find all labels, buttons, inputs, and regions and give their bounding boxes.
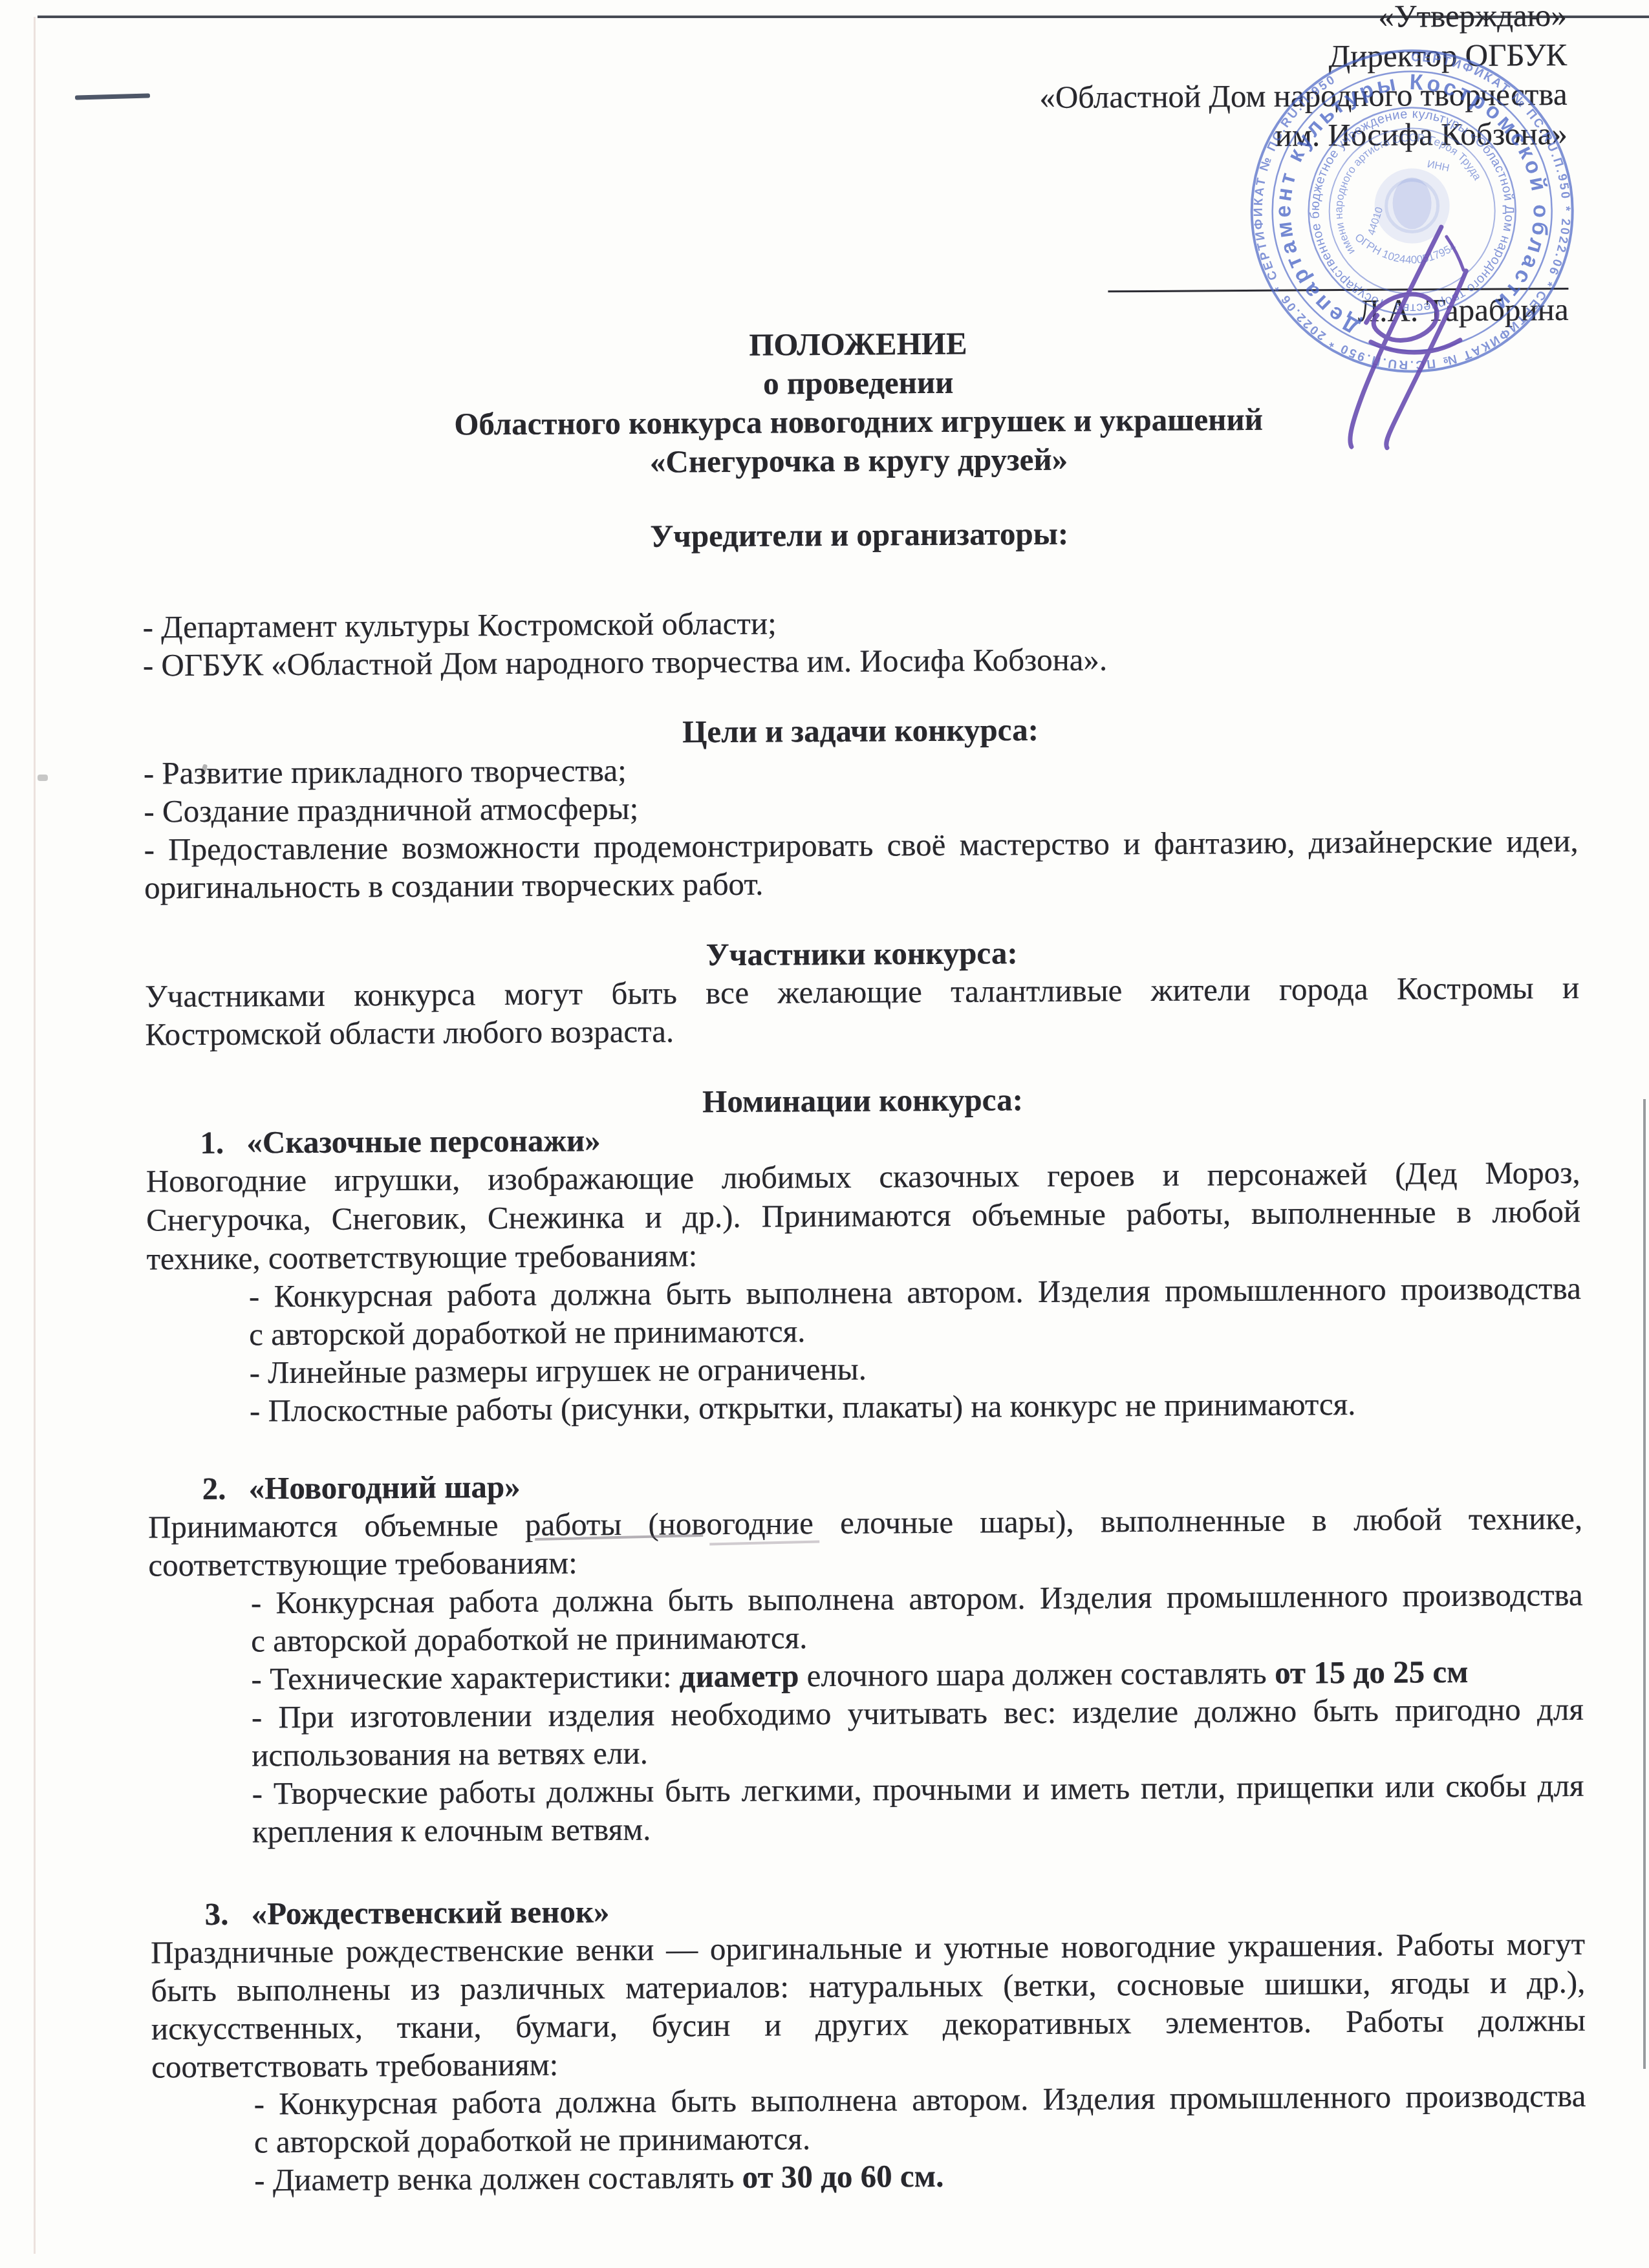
nomination-1-paragraph: Новогодние игрушки, изображающие любимых…: [146, 1153, 1581, 1279]
founders-list: - Департамент культуры Костромской облас…: [142, 599, 1577, 685]
bullet-text: - Диаметр венка должен составлять: [254, 2159, 742, 2198]
founder-item: - ОГБУК «Областной Дом народного творчес…: [143, 637, 1577, 685]
bullet-text-bold: диаметр: [680, 1658, 799, 1694]
stamp-inn-text: ИНН: [1426, 159, 1450, 175]
document-title-block: ПОЛОЖЕНИЕ о проведении Областного конкур…: [141, 321, 1576, 485]
nomination-2-paragraph: Принимаются объемные работы (новогодние …: [148, 1499, 1583, 1585]
bullet-line: - Плоскостные работы (рисунки, открытки,…: [250, 1384, 1582, 1430]
bullet-line: - Творческие работы должны быть легкими,…: [252, 1766, 1584, 1813]
nomination-number: 1.: [200, 1123, 246, 1161]
bullet-text-bold: от 15 до 25 см: [1275, 1654, 1469, 1691]
participants-paragraph: Участниками конкурса могут быть все жела…: [145, 968, 1580, 1054]
nomination-title: «Рождественский венок»: [252, 1894, 610, 1931]
nomination-2-requirements: - Конкурсная работа должна быть выполнен…: [251, 1576, 1584, 1851]
nomination-title: «Сказочные персонажи»: [246, 1122, 600, 1160]
nomination-1-requirements: - Конкурсная работа должна быть выполнен…: [249, 1269, 1582, 1430]
nomination-title: «Новогодний шар»: [249, 1469, 521, 1506]
nomination-number: 2.: [202, 1469, 249, 1507]
bullet-line: крепления к елочным ветвям.: [252, 1804, 1584, 1851]
nomination-3-paragraph: Праздничные рождественские венки — ориги…: [151, 1925, 1586, 2086]
bullet-line-diameter: - Диаметр венка должен составлять от 30 …: [254, 2153, 1586, 2199]
bullet-text: елочного шара должен составлять: [799, 1655, 1275, 1693]
document-content: «Утверждаю» Директор ОГБУК «Областной До…: [0, 0, 1649, 2268]
bullet-line: - Конкурсная работа должна быть выполнен…: [253, 2077, 1586, 2123]
nomination-3-requirements: - Конкурсная работа должна быть выполнен…: [253, 2077, 1586, 2199]
nomination-number: 3.: [205, 1894, 252, 1932]
bullet-text-bold: от 30 до 60 см.: [742, 2158, 944, 2195]
bullet-text: - Технические характеристики:: [251, 1658, 680, 1696]
title-line-snegurochka: «Снегурочка в кругу друзей»: [142, 437, 1576, 485]
heading-founders: Учредители и организаторы:: [142, 511, 1577, 559]
goals-list: - Развитие прикладного творчества; - Соз…: [144, 745, 1579, 907]
bullet-line: - Конкурсная работа должна быть выполнен…: [249, 1269, 1581, 1316]
scanned-document-page: «Утверждаю» Директор ОГБУК «Областной До…: [0, 0, 1649, 2268]
paragraph-line: Костромской области любого возраста.: [145, 1007, 1579, 1054]
bullet-line: - При изготовлении изделия необходимо уч…: [252, 1690, 1584, 1737]
bullet-line: - Конкурсная работа должна быть выполнен…: [251, 1576, 1583, 1622]
goal-item-line: оригинальность в создании творческих раб…: [144, 860, 1579, 907]
